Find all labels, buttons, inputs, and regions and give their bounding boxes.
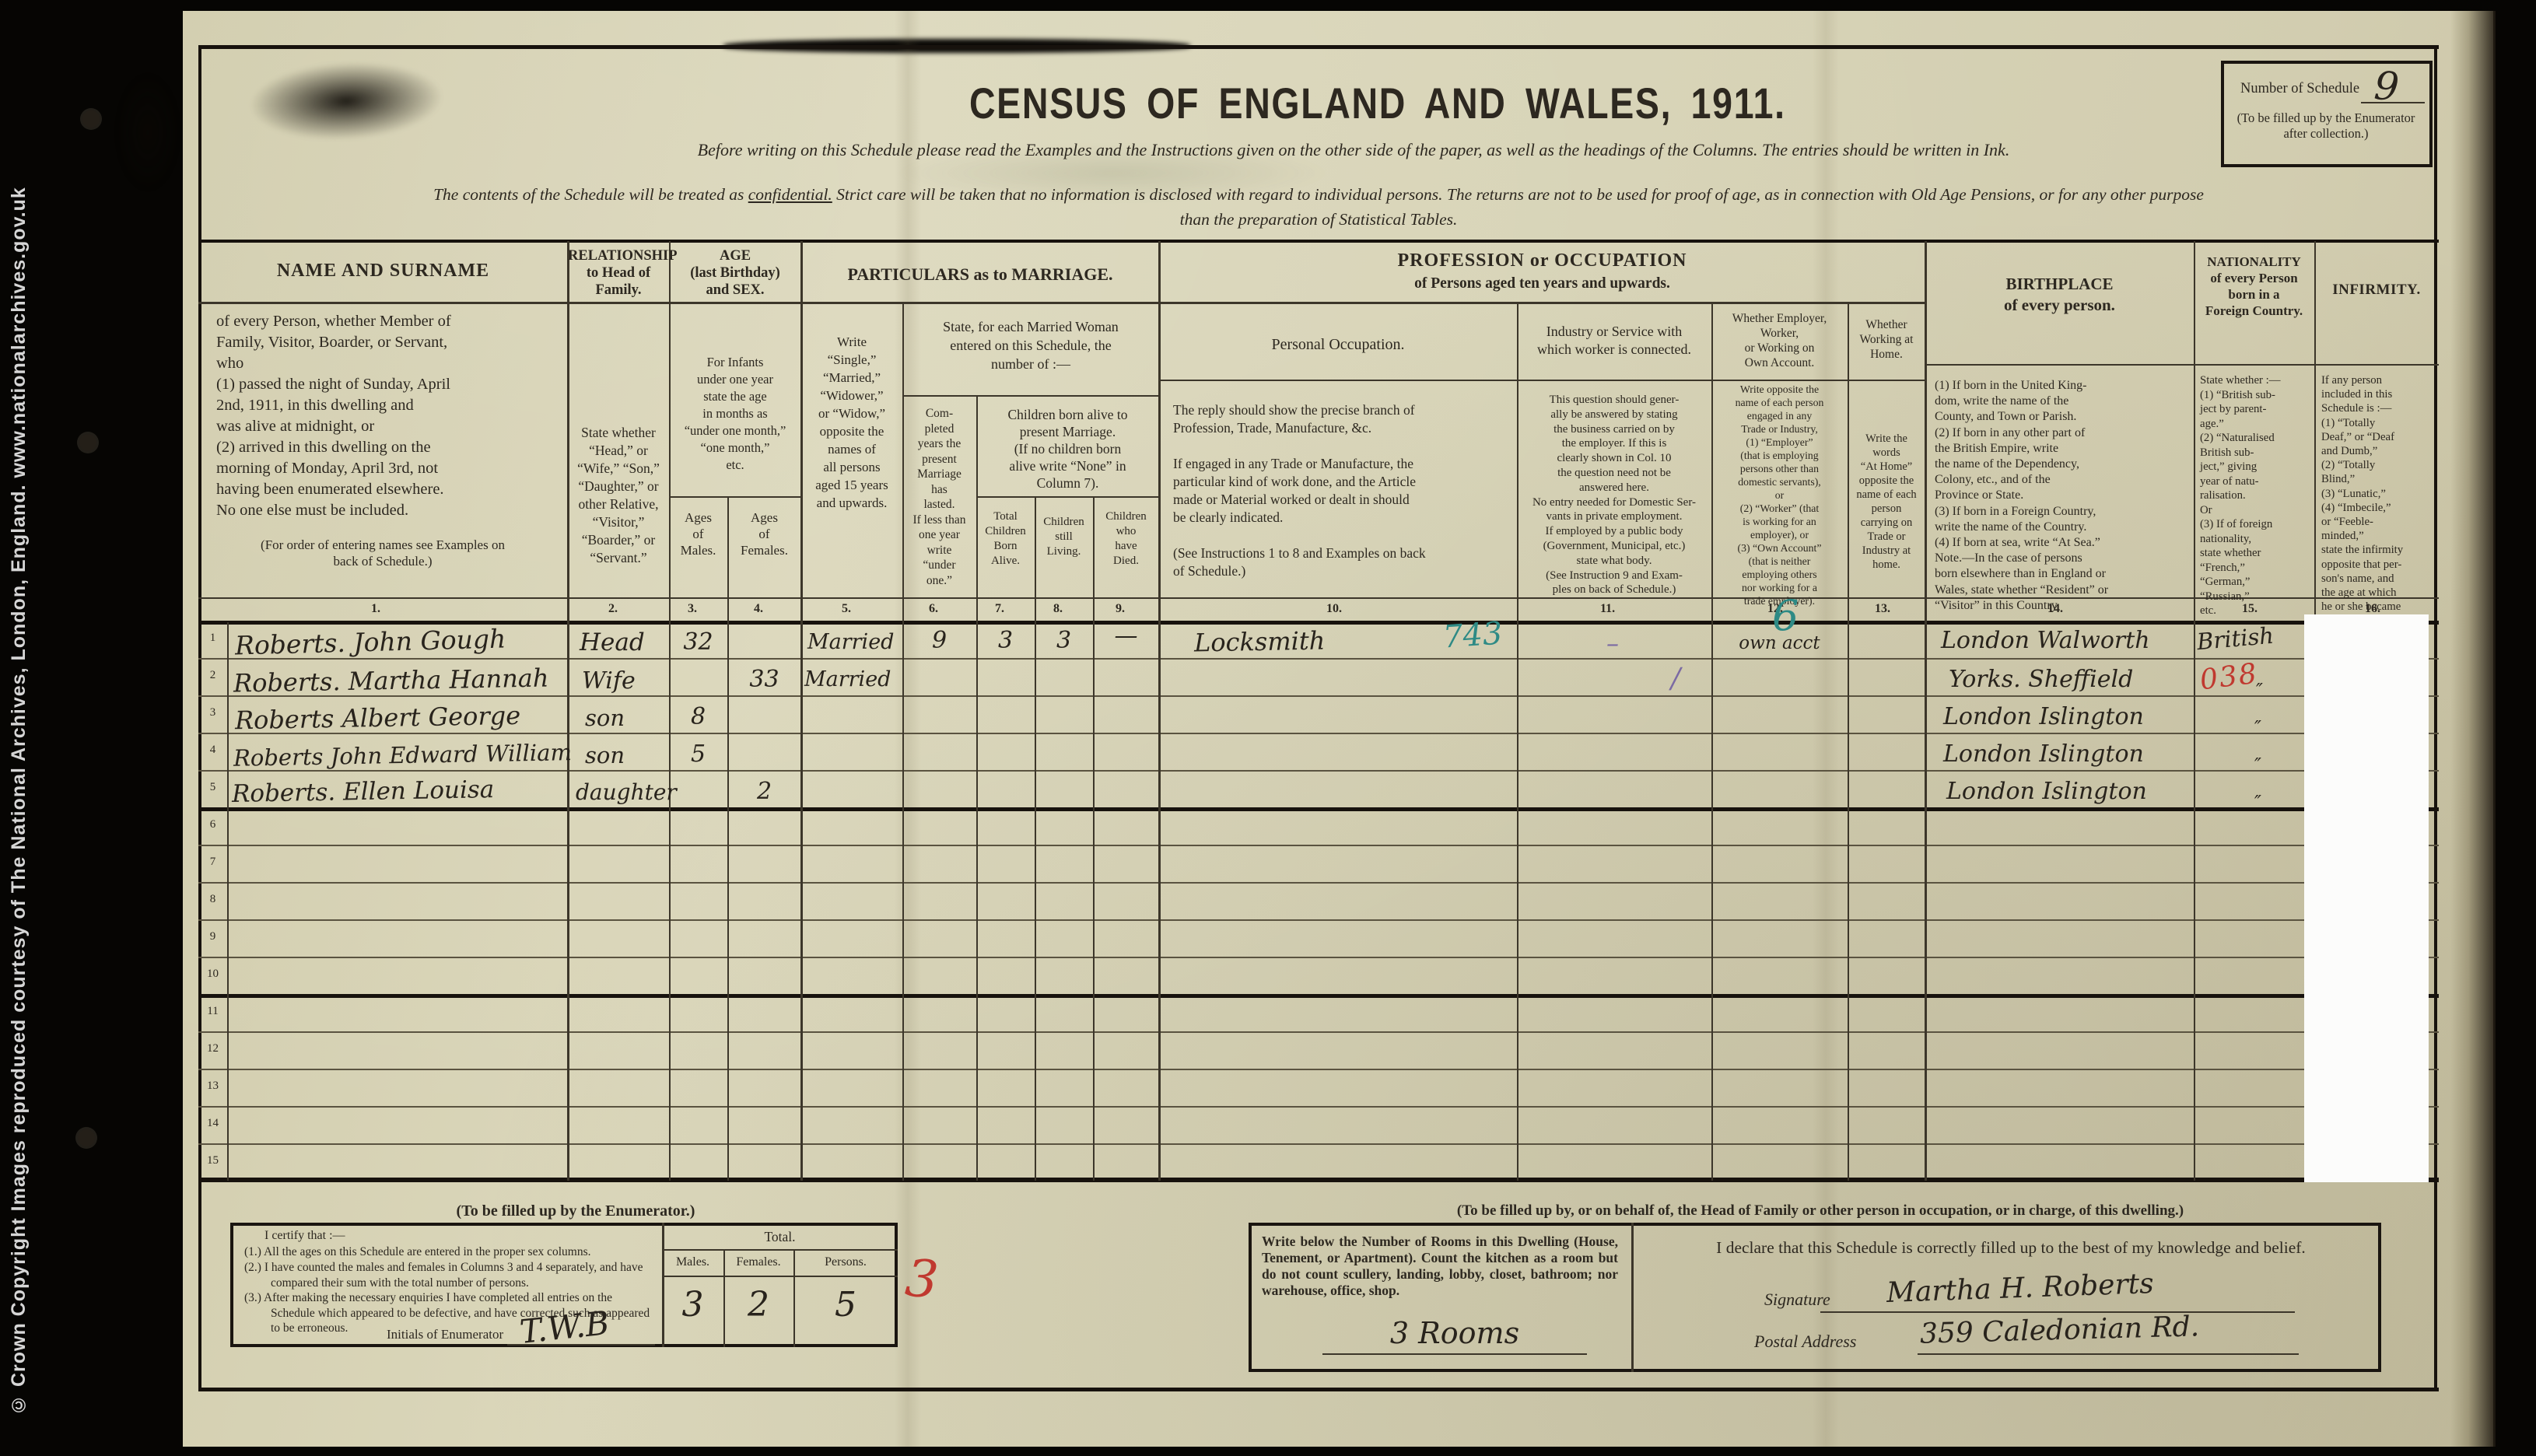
rooms-line — [1322, 1353, 1587, 1355]
ditto-mark: ″ — [2254, 754, 2261, 776]
row-line — [198, 770, 2439, 772]
certify-item-2: (2.) I have counted the males and female… — [244, 1260, 655, 1290]
entry-relationship: son — [585, 705, 625, 731]
col-desc-nationality: State whether :— (1) “British sub- ject … — [2200, 373, 2310, 618]
col-line — [1093, 498, 1095, 1181]
entry-age-male: 5 — [669, 740, 727, 768]
paper-torn-edge — [2450, 11, 2496, 1447]
col-number: 6. — [929, 602, 938, 616]
entry-children-living: 3 — [1035, 627, 1093, 654]
entry-age-male: 8 — [669, 703, 727, 730]
col-desc-years-married: Com- pleted years the present Marriage h… — [901, 406, 978, 588]
males-value: 3 — [662, 1285, 723, 1325]
row-line — [198, 658, 2439, 660]
schedule-number-value: 9 — [2373, 63, 2401, 110]
row-number: 6 — [198, 818, 227, 831]
row-number: 11 — [198, 1005, 227, 1018]
females-value: 2 — [723, 1285, 793, 1325]
col-number: 3. — [688, 602, 697, 616]
ditto-mark: ″ — [2254, 717, 2261, 739]
occupation-code: 743 — [1441, 615, 1503, 655]
punch-hole — [79, 434, 96, 451]
industry-mark: ∕ — [1671, 663, 1680, 695]
household-box-divider — [1631, 1223, 1634, 1372]
row-line — [198, 1143, 2439, 1145]
grid-line-heavy — [198, 621, 2439, 625]
row-number: 15 — [198, 1154, 227, 1167]
row-number: 7 — [198, 856, 227, 869]
row-line — [198, 919, 2439, 921]
col-header-ages-males: Ages of Males. — [669, 509, 727, 558]
row-line — [198, 695, 2439, 697]
schedule-number-label: Number of Schedule — [2240, 81, 2359, 97]
instruction-line: Before writing on this Schedule please r… — [475, 140, 2233, 160]
ditto-mark: ″ — [2256, 680, 2263, 702]
confidential-word: confidential. — [748, 185, 832, 204]
col-number: 5. — [842, 602, 851, 616]
col-desc-marriage-status: Write “Single,” “Married,” “Widower,” or… — [800, 333, 904, 512]
col-line — [567, 241, 569, 1181]
table-top-line — [198, 240, 2439, 243]
col-desc-infirmity: If any person included in this Schedule … — [2321, 373, 2434, 628]
entry-name: Roberts. Ellen Louisa — [232, 775, 495, 808]
employment-code: 6 — [1772, 591, 1799, 640]
col-header-infirmity: INFIRMITY. — [2314, 282, 2439, 299]
col-number: 10. — [1326, 602, 1342, 616]
entry-age-male: 32 — [669, 628, 727, 656]
col-header-birthplace: BIRTHPLACE of every person. — [1925, 274, 2194, 316]
copyright-strip: © Crown Copyright Images reproduced cour… — [8, 93, 51, 1416]
entry-relationship: son — [585, 742, 625, 768]
col-desc-married-woman: State, for each Married Woman entered on… — [902, 317, 1159, 373]
grid-line — [198, 302, 1925, 304]
row-line — [198, 882, 2439, 884]
col-desc-birthplace: (1) If born in the United King- dom, wri… — [1935, 378, 2187, 614]
table-bottom-line — [198, 1178, 2439, 1182]
col-header-ages-females: Ages of Females. — [727, 509, 801, 558]
persons-label: Persons. — [793, 1255, 898, 1269]
grid-line — [976, 496, 1159, 498]
certify-item-1: (1.) All the ages on this Schedule are e… — [244, 1244, 655, 1260]
col-desc-personal-occupation: The reply should show the precise branch… — [1173, 401, 1508, 580]
grid-line — [1159, 380, 1925, 381]
grid-line — [669, 496, 801, 498]
entry-name: Roberts. Martha Hannah — [233, 663, 549, 698]
col-number: 15. — [2242, 602, 2258, 616]
entry-occupation: Locksmith — [1194, 626, 1326, 658]
col-header-at-home: Whether Working at Home. — [1848, 317, 1925, 362]
col-desc-children-born: Children born alive to present Marriage.… — [976, 406, 1159, 492]
entry-age-female: 33 — [727, 666, 801, 693]
entry-marriage: Married — [804, 667, 891, 691]
col-header-name: NAME AND SURNAME — [198, 261, 568, 282]
col-header-personal-occupation: Personal Occupation. — [1159, 336, 1517, 354]
col-number: 1. — [371, 602, 380, 616]
row-number: 12 — [198, 1042, 227, 1055]
totals-line — [662, 1249, 898, 1251]
col-desc-at-home: Write the words “At Home” opposite the n… — [1849, 432, 1924, 572]
confidential-line: The contents of the Schedule will be tre… — [218, 185, 2419, 205]
entry-birthplace: London Walworth — [1941, 627, 2150, 654]
row-line — [198, 845, 2439, 846]
row-line — [198, 1069, 2439, 1070]
col-number: 11. — [1600, 602, 1615, 616]
col-header-profession: PROFESSION or OCCUPATION — [1159, 250, 1925, 271]
entry-birthplace: London Islington — [1943, 703, 2144, 730]
row-number: 8 — [198, 893, 227, 906]
certify-intro: I certify that :— — [264, 1229, 345, 1243]
col-header-profession-sub: of Persons aged ten years and upwards. — [1159, 275, 1925, 292]
row-number: 14 — [198, 1117, 227, 1130]
persons-value: 5 — [793, 1285, 898, 1325]
redaction-overlay — [2304, 614, 2429, 1182]
entry-relationship: Wife — [582, 667, 636, 695]
col-header-marriage: PARTICULARS as to MARRIAGE. — [801, 264, 1159, 285]
totals-line — [662, 1276, 898, 1277]
col-line — [1035, 498, 1036, 1181]
col-line — [1517, 303, 1518, 1181]
grid-line — [902, 395, 1159, 397]
entry-name: Roberts Albert George — [235, 701, 521, 735]
entry-relationship: daughter — [576, 779, 677, 805]
col-desc-industry: This question should gener- ally be answ… — [1521, 393, 1708, 597]
ink-stain — [247, 58, 446, 145]
initials-label: Initials of Enumerator — [387, 1327, 503, 1342]
col-header-children-alive: Total Children Born Alive. — [976, 509, 1035, 569]
col-note-name: (For order of entering names see Example… — [204, 537, 562, 569]
page-title: CENSUS OF ENGLAND AND WALES, 1911. — [969, 78, 1660, 128]
entry-years-married: 9 — [902, 627, 976, 654]
industry-mark: – — [1606, 628, 1619, 658]
col-number: 7. — [995, 602, 1004, 616]
address-line — [1918, 1353, 2299, 1355]
entry-age-female: 2 — [727, 778, 801, 805]
entry-relationship: Head — [580, 628, 645, 656]
col-line — [727, 498, 729, 1181]
entry-birthplace: London Islington — [1946, 778, 2147, 805]
males-label: Males. — [662, 1255, 723, 1269]
total-label: Total. — [662, 1229, 898, 1245]
address-label: Postal Address — [1754, 1332, 1856, 1352]
grid-line-heavy — [198, 807, 2439, 811]
col-line — [2194, 241, 2195, 1181]
col-desc-age: For Infants under one year state the age… — [667, 354, 803, 474]
col-number: 4. — [754, 602, 763, 616]
declaration-text: I declare that this Schedule is correctl… — [1645, 1238, 2377, 1258]
row-number: 1 — [198, 632, 227, 645]
confidential-pre: The contents of the Schedule will be tre… — [433, 185, 748, 204]
col-line — [227, 622, 229, 1181]
row-line — [198, 957, 2439, 958]
col-number: 13. — [1875, 602, 1890, 616]
row-number: 13 — [198, 1080, 227, 1093]
females-label: Females. — [723, 1255, 793, 1269]
row-number: 10 — [198, 968, 227, 981]
form-border-right — [2434, 45, 2437, 1391]
col-header-nationality: NATIONALITY of every Person born in a Fo… — [2194, 254, 2314, 319]
col-desc-name: of every Person, whether Member of Famil… — [216, 311, 559, 521]
punch-hole — [78, 1129, 95, 1146]
col-header-relationship: RELATIONSHIP to Head of Family. — [568, 247, 669, 299]
signature-line — [1820, 1311, 2295, 1313]
col-number: 8. — [1053, 602, 1063, 616]
row-number: 3 — [198, 706, 227, 719]
form-border-bottom — [198, 1388, 2439, 1391]
household-caption: (To be filled up by, or on behalf of, th… — [1256, 1202, 2384, 1220]
row-line — [198, 1031, 2439, 1033]
entry-birthplace: London Islington — [1943, 740, 2144, 768]
rooms-instruction: Write below the Number of Rooms in this … — [1262, 1234, 1618, 1299]
col-header-age: AGE (last Birthday) and SEX. — [669, 247, 801, 299]
entry-children-died: — — [1093, 622, 1159, 649]
grid-line-heavy — [198, 994, 2439, 998]
col-number: 14. — [2047, 602, 2063, 616]
col-desc-relationship: State whether “Head,” or “Wife,” “Son,” … — [566, 424, 671, 567]
punch-hole — [82, 110, 100, 128]
ink-stain — [117, 74, 179, 191]
col-header-children-died: Children who have Died. — [1093, 509, 1159, 569]
col-header-children-living: Children still Living. — [1035, 515, 1093, 559]
confidential-post: Strict care will be taken that no inform… — [832, 185, 2204, 204]
entry-children-born: 3 — [976, 627, 1035, 654]
entry-birthplace: Yorks. Sheffield — [1949, 666, 2133, 693]
row-line — [198, 1106, 2439, 1108]
rooms-value: 3 Rooms — [1322, 1316, 1587, 1350]
col-desc-employer: Write opposite the name of each person e… — [1713, 383, 1846, 607]
confidential-line2: than the preparation of Statistical Tabl… — [218, 210, 2419, 229]
col-number: 2. — [608, 602, 618, 616]
signature-label: Signature — [1764, 1290, 1830, 1310]
form-border-top — [198, 45, 2439, 49]
col-header-industry: Industry or Service with which worker is… — [1517, 323, 1711, 359]
enumerator-check-mark: 3 — [903, 1248, 941, 1310]
grid-line — [1925, 364, 2439, 366]
enumerator-caption: (To be filled up by the Enumerator.) — [311, 1202, 840, 1220]
col-number: 9. — [1116, 602, 1125, 616]
col-header-employer: Whether Employer, Worker, or Working on … — [1711, 311, 1848, 370]
row-number: 2 — [198, 669, 227, 682]
row-number: 4 — [198, 744, 227, 757]
ditto-mark: ″ — [2254, 792, 2261, 814]
col-line — [1925, 241, 1927, 1181]
entry-marriage: Married — [807, 630, 894, 654]
row-number: 9 — [198, 930, 227, 943]
row-line — [198, 733, 2439, 734]
row-number: 5 — [198, 781, 227, 794]
col-line — [1158, 241, 1161, 1181]
schedule-number-note: (To be filled up by the Enumerator after… — [2229, 110, 2423, 142]
census-scan-screenshot: { "copyright": "© Crown Copyright Images… — [0, 0, 2536, 1456]
